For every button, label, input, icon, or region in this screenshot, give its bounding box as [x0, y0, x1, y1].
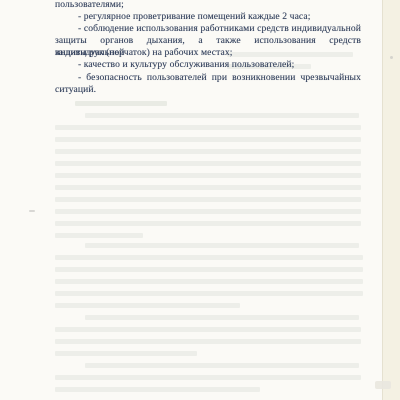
text-line: защиты органов дыхания, а также использо…	[55, 35, 361, 47]
ghost-text-line	[55, 149, 361, 154]
ghost-text-line	[55, 125, 361, 130]
ghost-text-line	[55, 303, 240, 308]
ghost-text-line	[55, 197, 361, 202]
ghost-text-line	[75, 101, 167, 106]
ghost-text-line	[55, 291, 363, 296]
text-line: - качество и культуру обслуживания польз…	[55, 59, 361, 71]
text-line: защиты рук (перчаток) на рабочих местах;	[55, 47, 361, 59]
ghost-text-line	[55, 339, 361, 344]
scan-speck	[375, 381, 391, 389]
ghost-text-line	[55, 209, 361, 214]
text-line: - безопасность пользователей при возникн…	[55, 72, 361, 84]
page-edge-strip	[382, 0, 400, 400]
ghost-text-line	[55, 267, 363, 272]
ghost-text-line	[55, 221, 361, 226]
ghost-text-line	[55, 351, 197, 356]
ghost-text-line	[55, 255, 363, 260]
ghost-text-line	[85, 113, 359, 118]
scan-speck	[29, 210, 35, 212]
ghost-text-line	[55, 137, 361, 142]
ghost-text-line	[55, 173, 361, 178]
ghost-text-line	[55, 327, 361, 332]
document-page: пользователями; - регулярное проветриван…	[0, 0, 400, 400]
ghost-text-line	[55, 233, 143, 238]
paragraph-block: пользователями; - регулярное проветриван…	[55, 0, 361, 96]
ghost-text-line	[85, 243, 359, 248]
text-line: - регулярное проветривание помещений каж…	[55, 11, 361, 23]
ghost-text-line	[85, 363, 359, 368]
ghost-text-line	[85, 315, 359, 320]
ghost-text-line	[55, 185, 361, 190]
ghost-text-line	[55, 387, 260, 392]
scan-speck	[390, 56, 393, 59]
text-line: - соблюдение использования работниками с…	[55, 23, 361, 35]
ghost-text-line	[55, 161, 361, 166]
text-line: ситуаций.	[55, 84, 361, 96]
ghost-text-line	[55, 279, 363, 284]
ghost-text-line	[55, 375, 361, 380]
text-line: пользователями;	[55, 0, 361, 11]
